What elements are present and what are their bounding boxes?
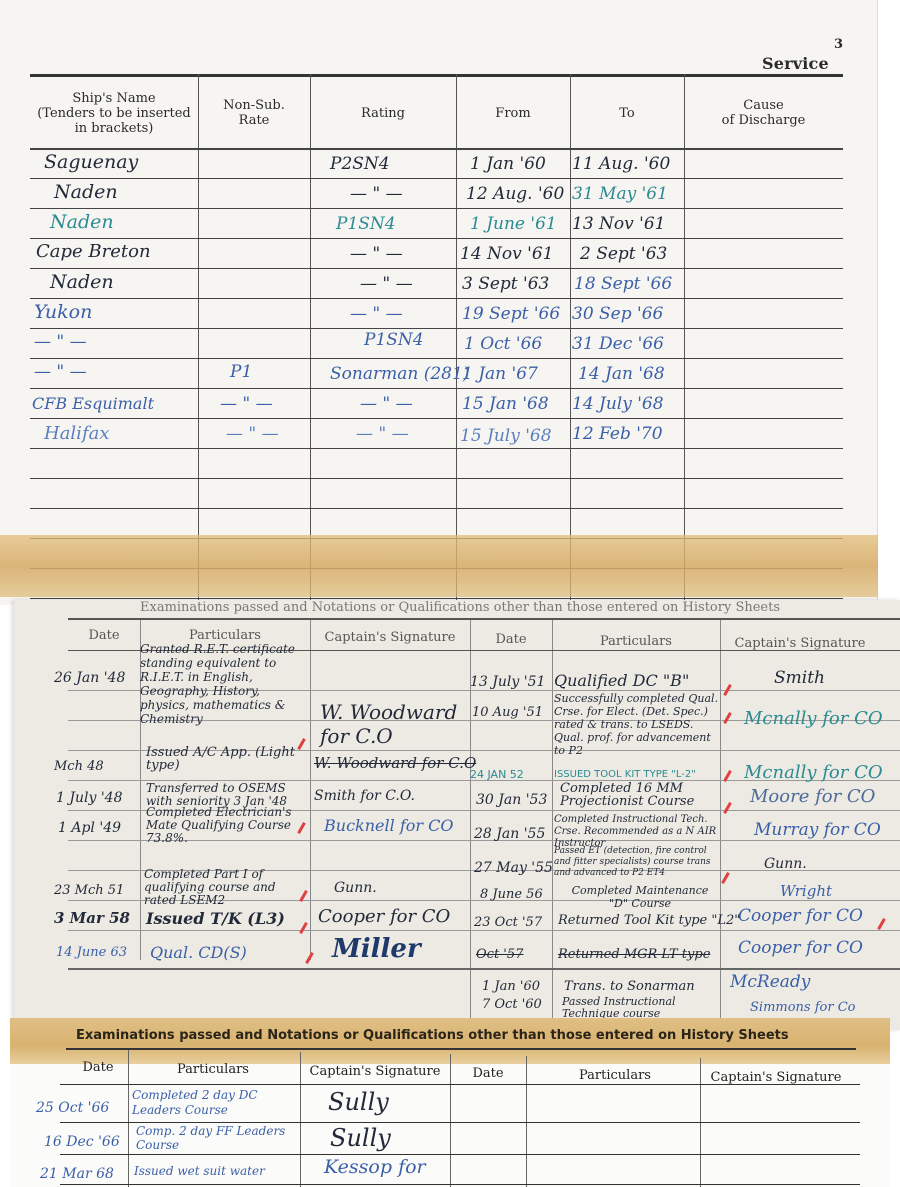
entry-particulars: Successfully completed Qual. Crse. for E… <box>554 692 720 757</box>
entry-date: 27 May '55 <box>474 862 553 875</box>
rating: — " — <box>360 394 413 414</box>
date-from: 14 Nov '61 <box>460 244 553 264</box>
ship-name: Saguenay <box>44 152 138 172</box>
ship-name: Cape Breton <box>36 242 151 262</box>
captains-signature: Mcnally for CO <box>744 762 883 783</box>
captains-signature: Gunn. <box>334 880 377 896</box>
entry-particulars: Completed Part I of qualifying course an… <box>144 868 310 907</box>
ship-name: Naden <box>50 272 114 292</box>
entry-date: 21 Mar 68 <box>40 1166 114 1182</box>
date-to: 13 Nov '61 <box>572 214 665 234</box>
ship-name: — " — <box>34 362 87 382</box>
col-header-from: From <box>456 78 570 148</box>
entry-particulars: Passed Instructional Technique course <box>562 996 732 1020</box>
entry-date: 3 Mar 58 <box>54 912 130 925</box>
col-header-date: Date <box>470 632 552 647</box>
entry-date: 10 Aug '51 <box>472 706 543 719</box>
captains-signature: Murray for CO <box>754 820 881 840</box>
captains-signature: Smith <box>774 668 825 688</box>
captains-signature: Bucknell for CO <box>324 816 453 835</box>
row-rule <box>30 358 843 359</box>
ship-name: — " — <box>34 332 87 352</box>
rating: Sonarman (281) <box>330 364 469 384</box>
col-header-to: To <box>570 78 684 148</box>
col-header-rating: Rating <box>310 78 456 148</box>
date-from: 3 Sept '63 <box>462 274 549 294</box>
entry-date: 1 Apl '49 <box>58 822 121 835</box>
date-from: 12 Aug. '60 <box>466 184 564 204</box>
column-divider <box>198 74 199 604</box>
row-rule <box>30 298 843 299</box>
column-divider <box>128 1050 129 1187</box>
entry-particulars: Returned Tool Kit type "L2" <box>558 914 740 927</box>
date-from: 1 Jan '60 <box>470 154 546 174</box>
entry-particulars: Qual. CD(S) <box>150 946 247 959</box>
col-header-date: Date <box>58 1060 138 1075</box>
entry-particulars: Completed Electrician's Mate Qualifying … <box>146 806 306 845</box>
entry-particulars: Completed Instructional Tech. Crse. Reco… <box>554 814 724 850</box>
non-sub-rate: P1 <box>230 362 252 382</box>
col-header-particulars: Particulars <box>140 628 310 643</box>
row-rule <box>68 968 900 970</box>
col-header-date: Date <box>450 1066 526 1081</box>
red-check-mark <box>299 922 308 934</box>
row-rule <box>30 418 843 419</box>
column-divider <box>310 74 311 604</box>
red-check-mark <box>305 952 314 964</box>
col-header-captains-signature: Captain's Signature <box>696 1070 856 1085</box>
row-rule <box>30 598 843 599</box>
captains-signature: Moore for CO <box>750 786 875 807</box>
col-header-date: Date <box>68 628 140 643</box>
entry-particulars: Returned MGR LT type <box>558 948 710 961</box>
entry-date: 7 Oct '60 <box>482 998 542 1011</box>
captains-signature: Mcnally for CO <box>744 708 883 729</box>
row-rule <box>30 328 843 329</box>
entry-date: 25 Oct '66 <box>36 1100 109 1116</box>
header-rule <box>60 1084 860 1085</box>
non-sub-rate: — " — <box>220 394 273 414</box>
page-number: 3 <box>834 37 843 52</box>
entry-particulars: Passed ET (detection, fire control and f… <box>554 846 724 879</box>
rating: P2SN4 <box>330 154 390 174</box>
red-check-mark <box>877 918 886 930</box>
date-from: 19 Sept '66 <box>462 304 560 324</box>
captains-signature: Cooper for CO <box>738 938 863 958</box>
entry-particulars: Trans. to Sonarman <box>564 980 695 993</box>
rating: — " — <box>360 274 413 294</box>
captains-signature: Miller <box>332 934 421 964</box>
column-divider <box>570 74 571 604</box>
row-rule <box>68 930 900 931</box>
entry-particulars: ISSUED TOOL KIT TYPE "L-2" <box>554 768 696 781</box>
rating: — " — <box>350 184 403 204</box>
entry-date: 1 July '48 <box>56 792 123 805</box>
table-top-rule <box>30 74 843 77</box>
ship-name: Naden <box>50 212 114 232</box>
entry-date: Mch 48 <box>54 760 104 773</box>
rating: P1SN4 <box>336 214 396 234</box>
date-to: 30 Sep '66 <box>572 304 663 324</box>
date-to: 14 Jan '68 <box>578 364 665 384</box>
entry-date: 8 June 56 <box>480 888 543 901</box>
captains-signature: Smith for C.O. <box>314 788 415 804</box>
tape-stain <box>0 535 878 597</box>
date-to: 2 Sept '63 <box>580 244 667 264</box>
column-divider <box>552 620 553 1020</box>
captains-signature: W. Woodward for C.O <box>320 700 470 748</box>
rating: P1SN4 <box>364 330 424 350</box>
red-check-mark <box>723 802 732 814</box>
rating: — " — <box>350 244 403 264</box>
col-header-ship: Ship's Name (Tenders to be inserted in b… <box>30 78 198 148</box>
date-to: 12 Feb '70 <box>572 424 663 444</box>
service-title: Service <box>762 54 829 73</box>
entry-particulars: Issued wet suit water <box>134 1164 265 1178</box>
captains-signature: Cooper for CO <box>738 906 863 926</box>
date-to: 18 Sept '66 <box>574 274 672 294</box>
entry-date: Oct '57 <box>476 948 523 961</box>
row-rule <box>30 208 843 209</box>
captains-signature: Simmons for Co <box>750 1000 855 1015</box>
date-to: 31 May '61 <box>572 184 668 204</box>
rating: — " — <box>356 424 409 444</box>
captains-signature: Sully <box>328 1088 389 1116</box>
column-divider <box>456 74 457 604</box>
entry-date: 24 JAN 52 <box>470 768 524 781</box>
row-rule <box>30 508 843 509</box>
column-divider <box>684 74 685 604</box>
ship-name: Naden <box>54 182 118 202</box>
exam-banner: Examinations passed and Notations or Qua… <box>140 600 780 615</box>
ship-name: Yukon <box>34 302 92 322</box>
col-header-particulars: Particulars <box>526 1068 704 1083</box>
captains-signature: W. Woodward for C.O <box>314 754 476 772</box>
captains-signature: Sully <box>330 1124 391 1152</box>
captains-signature: Gunn. <box>764 856 807 872</box>
row-rule <box>30 178 843 179</box>
red-check-mark <box>723 712 732 724</box>
entry-date: 13 July '51 <box>470 676 545 689</box>
ship-name: CFB Esquimalt <box>32 394 154 414</box>
entry-particulars: Granted R.E.T. certificate standing equi… <box>140 642 312 726</box>
service-sheet: 3 Service Ship's Name (Tenders to be ins… <box>0 0 878 605</box>
entry-date: 30 Jan '53 <box>476 794 547 807</box>
entry-date: 16 Dec '66 <box>44 1134 120 1150</box>
ship-name: Halifax <box>44 424 110 444</box>
date-from: 15 Jan '68 <box>462 394 549 414</box>
entry-particulars: Completed Maintenance "D" Course <box>570 884 710 910</box>
col-header-particulars: Particulars <box>128 1062 298 1077</box>
col-header-captains-signature: Captain's Signature <box>720 636 880 651</box>
captains-signature: Wright <box>780 882 832 900</box>
col-header-captains-signature: Captain's Signature <box>300 1064 450 1079</box>
row-rule <box>60 1184 860 1185</box>
date-from: 1 Jan '67 <box>462 364 538 384</box>
entry-date: 14 June 63 <box>56 946 127 959</box>
col-header-cause: Cause of Discharge <box>684 78 843 148</box>
header-rule <box>30 148 843 150</box>
entry-date: 23 Mch 51 <box>54 884 124 897</box>
entry-particulars: Issued A/C App. (Light type) <box>146 746 306 772</box>
entry-date: 23 Oct '57 <box>474 916 542 929</box>
entry-date: 28 Jan '55 <box>474 828 545 841</box>
banner-rule <box>66 1048 856 1050</box>
examinations-sheet-1: Examinations passed and Notations or Qua… <box>14 600 900 1030</box>
row-rule <box>30 238 843 239</box>
entry-particulars: Completed 16 MM Projectionist Course <box>560 782 710 808</box>
entry-date: 26 Jan '48 <box>54 672 125 685</box>
column-divider <box>450 1054 451 1187</box>
date-from: 1 June '61 <box>470 214 557 234</box>
column-divider <box>300 1052 301 1187</box>
rating: — " — <box>350 304 403 324</box>
entry-particulars: Qualified DC "B" <box>554 674 689 687</box>
col-header-particulars: Particulars <box>552 634 720 649</box>
row-rule <box>60 1122 860 1123</box>
captains-signature: McReady <box>730 972 810 992</box>
row-rule <box>30 388 843 389</box>
exam-banner: Examinations passed and Notations or Qua… <box>76 1028 789 1043</box>
date-to: 11 Aug. '60 <box>572 154 670 174</box>
entry-date: 1 Jan '60 <box>482 980 540 993</box>
entry-particulars: Completed 2 day DC Leaders Course <box>132 1088 300 1118</box>
entry-particulars: Issued T/K (L3) <box>146 912 285 925</box>
entry-particulars: Comp. 2 day FF Leaders Course <box>136 1124 300 1152</box>
date-from: 15 July '68 <box>460 426 552 446</box>
examinations-sheet-2: Examinations passed and Notations or Qua… <box>10 1018 890 1187</box>
row-rule <box>30 268 843 269</box>
non-sub-rate: — " — <box>226 424 279 444</box>
captains-signature: Kessop for <box>324 1156 426 1178</box>
captains-signature: Cooper for CO <box>318 906 450 927</box>
row-rule <box>60 1154 860 1155</box>
date-to: 14 July '68 <box>572 394 664 414</box>
col-header-captains-signature: Captain's Signature <box>310 630 470 645</box>
row-rule <box>30 448 843 449</box>
row-rule <box>30 478 843 479</box>
col-header-non-sub-rate: Non-Sub. Rate <box>198 78 310 148</box>
date-from: 1 Oct '66 <box>464 334 542 354</box>
banner-rule <box>68 618 900 620</box>
date-to: 31 Dec '66 <box>572 334 664 354</box>
